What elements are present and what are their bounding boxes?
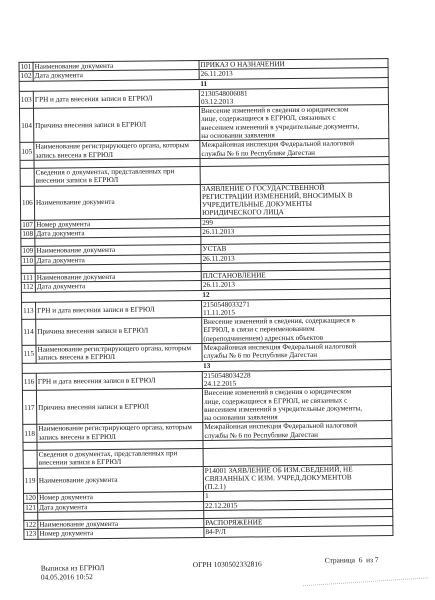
row-number: 114 — [22, 319, 36, 345]
row-number: 113 — [22, 302, 36, 320]
subheader-label: Сведения о документах, представленных пр… — [34, 166, 200, 185]
row-number: 121 — [24, 503, 38, 512]
row-number: 103 — [19, 91, 33, 109]
field-value: 84-Р/Л — [204, 526, 393, 537]
field-value: 215054803327111.11.2015 — [202, 298, 391, 318]
field-label: Причина внесения записи в ЕГРЮЛ — [36, 389, 202, 425]
row-number: 118 — [23, 425, 37, 443]
row-number: 108 — [21, 229, 35, 238]
empty-cell — [20, 168, 34, 186]
empty-cell — [23, 442, 37, 450]
empty-cell — [200, 164, 389, 184]
row-number: 107 — [21, 220, 35, 229]
row-number: 115 — [22, 345, 36, 363]
field-value: Межрайонная инспекция Федеральной налого… — [203, 421, 392, 441]
row-number: 116 — [22, 373, 36, 391]
field-label: Причина внесения записи в ЕГРЮЛ — [33, 107, 199, 143]
field-label: ГРН и дата внесения записи в ЕГРЮЛ — [33, 89, 199, 108]
empty-cell — [24, 512, 38, 520]
scan-artifact — [303, 577, 428, 587]
footer-extract-info: Выписка из ЕГРЮЛ 04.05.2016 10:52 — [41, 563, 105, 582]
egrul-extract-table: 101Наименование документаПРИКАЗ О НАЗНАЧ… — [18, 58, 393, 540]
row-number: 106 — [20, 186, 34, 220]
row-number: 110 — [21, 256, 35, 265]
footer-extract-datetime: 04.05.2016 10:52 — [41, 572, 105, 582]
field-label: Наименование регистрирующего органа, кот… — [36, 343, 202, 362]
row-number: 111 — [21, 273, 35, 282]
field-label: ГРН и дата внесения записи в ЕГРЮЛ — [36, 300, 202, 319]
empty-cell — [203, 446, 392, 466]
row-number: 123 — [24, 530, 38, 539]
field-label: Наименование регистрирующего органа, кот… — [34, 141, 200, 160]
row-number: 104 — [19, 108, 33, 142]
field-label: ГРН и дата внесения записи в ЕГРЮЛ — [36, 371, 202, 390]
field-value: Межрайонная инспекция Федеральной налого… — [200, 139, 389, 159]
table-body: 101Наименование документаПРИКАЗ О НАЗНАЧ… — [19, 59, 393, 539]
row-number: 112 — [21, 282, 35, 291]
field-value: 213054800608103.12.2013 — [199, 87, 388, 107]
row-number: 120 — [24, 494, 38, 503]
field-value: Внесение изменений в сведения о юридичес… — [202, 387, 391, 423]
field-label: Наименование регистрирующего органа, кот… — [37, 423, 203, 442]
table-row: 106Наименование документаЗАЯВЛЕНИЕ О ГОС… — [20, 182, 389, 220]
empty-cell — [23, 450, 37, 468]
table-row: 114Причина внесения записи в ЕГРЮЛВнесен… — [22, 316, 391, 346]
footer-ogrn: ОГРН 1030502332816 — [193, 559, 262, 569]
empty-cell — [20, 160, 34, 168]
row-number: 105 — [20, 143, 34, 161]
footer-extract-title: Выписка из ЕГРЮЛ — [41, 563, 105, 573]
field-label: Причина внесения записи в ЕГРЮЛ — [36, 318, 202, 346]
document-page: 101Наименование документаПРИКАЗ О НАЗНАЧ… — [0, 0, 435, 600]
row-number: 109 — [21, 247, 35, 256]
field-label: Номер документа — [38, 528, 204, 539]
row-number: 102 — [19, 72, 33, 81]
row-number: 117 — [22, 390, 36, 424]
field-value: Внесение изменений в сведения о юридичес… — [199, 105, 388, 141]
subheader-label: Сведения о документах, представленных пр… — [37, 448, 203, 467]
field-value-line: 84-Р/Л — [205, 526, 391, 536]
table-row: 104Причина внесения записи в ЕГРЮЛВнесен… — [19, 105, 388, 143]
field-value: Межрайонная инспекция Федеральной налого… — [202, 342, 391, 362]
field-value: ЗАЯВЛЕНИЕ О ГОСУДАРСТВЕННОЙРЕГИСТРАЦИИ И… — [200, 182, 389, 218]
field-value: Внесение изменений в сведения, содержащи… — [202, 316, 391, 344]
field-value: 215054803422824.12.2015 — [202, 369, 391, 389]
empty-cell — [21, 265, 35, 273]
field-label: Наименование документа — [34, 184, 200, 220]
field-value: Р14001 ЗАЯВЛЕНИЕ ОБ ИЗМ.СВЕДЕНИЙ, НЕСВЯЗ… — [203, 464, 392, 492]
table-row: 119Наименование документаР14001 ЗАЯВЛЕНИ… — [23, 464, 392, 494]
empty-cell — [21, 239, 35, 247]
row-number: 101 — [19, 62, 33, 71]
table-row: 117Причина внесения записи в ЕГРЮЛВнесен… — [22, 387, 391, 425]
row-number: 122 — [24, 520, 38, 529]
footer-page-number: Страница 6 из 7 — [325, 555, 379, 565]
field-label: Наименование документа — [37, 466, 203, 494]
row-number: 119 — [23, 468, 37, 494]
